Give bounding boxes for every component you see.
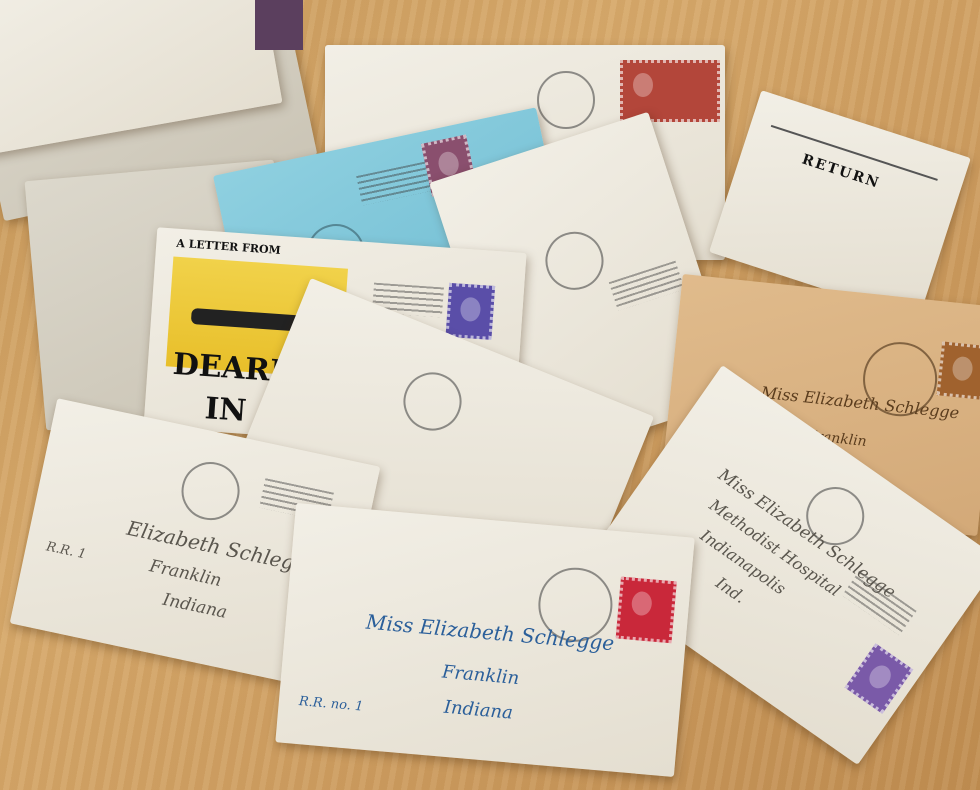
cancellation-lines: [609, 261, 685, 311]
postmark: [176, 457, 245, 526]
dearborn-subtitle: IN: [204, 391, 248, 429]
corner-note: R.R. no. 1: [298, 694, 364, 715]
postmark: [538, 224, 611, 297]
stamp-red: [616, 577, 677, 644]
stamp-brown: [937, 341, 980, 400]
stamp-purple: [445, 283, 495, 340]
postmark: [395, 364, 471, 440]
envelope-front: Miss Elizabeth Schlegge Franklin Indiana…: [275, 503, 694, 777]
cancellation-lines: [356, 162, 431, 206]
stamp-red: [620, 60, 720, 122]
dearborn-header: A LETTER FROM: [176, 237, 281, 257]
address-line: Indiana: [161, 590, 229, 623]
address-line: Franklin: [441, 661, 520, 689]
postmark: [537, 71, 595, 129]
address-line: Indiana: [443, 697, 514, 724]
stamp-purple-corner: [255, 0, 303, 50]
address-line: Franklin: [148, 556, 224, 591]
corner-note: R.R. 1: [45, 539, 87, 562]
address-line: Ind.: [712, 573, 749, 607]
